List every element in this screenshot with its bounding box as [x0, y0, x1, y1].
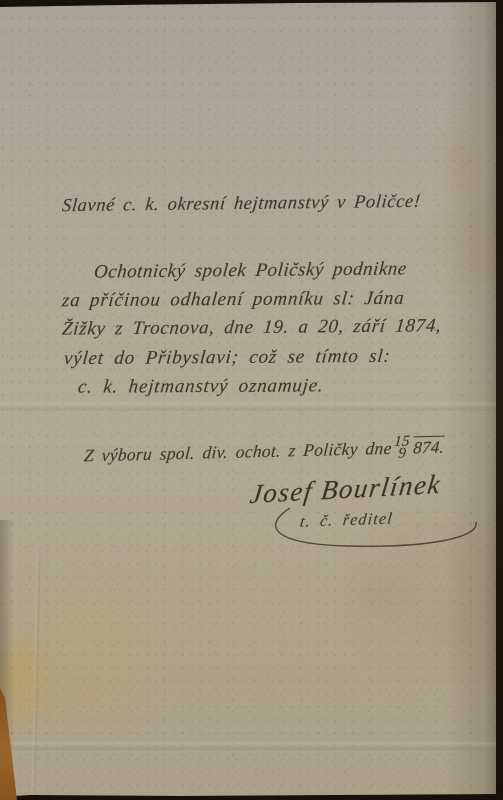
letter-heading: Slavné c. k. okresní hejtmanstvý v Polič… [61, 192, 421, 217]
horizontal-fold-crease [0, 742, 503, 751]
document-photo: Slavné c. k. okresní hejtmanstvý v Polič… [0, 0, 503, 800]
photo-edge-right [496, 0, 503, 800]
body-line: Žižky z Trocnova, dne 19. a 20, září 187… [61, 315, 443, 340]
body-line: c. k. hejtmanstvý oznamuje. [77, 375, 325, 398]
body-line: za příčinou odhalení pomníku sl: Jána [61, 288, 406, 312]
right-gutter-shadow [443, 0, 503, 800]
body-line: výlet do Přibyslavi; což se tímto sl: [63, 346, 392, 370]
body-line: Ochotnický spolek Poličský podnikne [93, 258, 408, 283]
horizontal-fold-crease [0, 402, 503, 412]
paper-background [0, 0, 503, 800]
date-month: 9 [398, 446, 415, 461]
date-fraction: 159 [395, 434, 413, 461]
signature-title: t. č. ředitel [299, 510, 394, 531]
date-year: 874. [413, 436, 446, 458]
dateline-text: Z výboru spol. div. ochot. z Poličky dne [83, 438, 392, 466]
